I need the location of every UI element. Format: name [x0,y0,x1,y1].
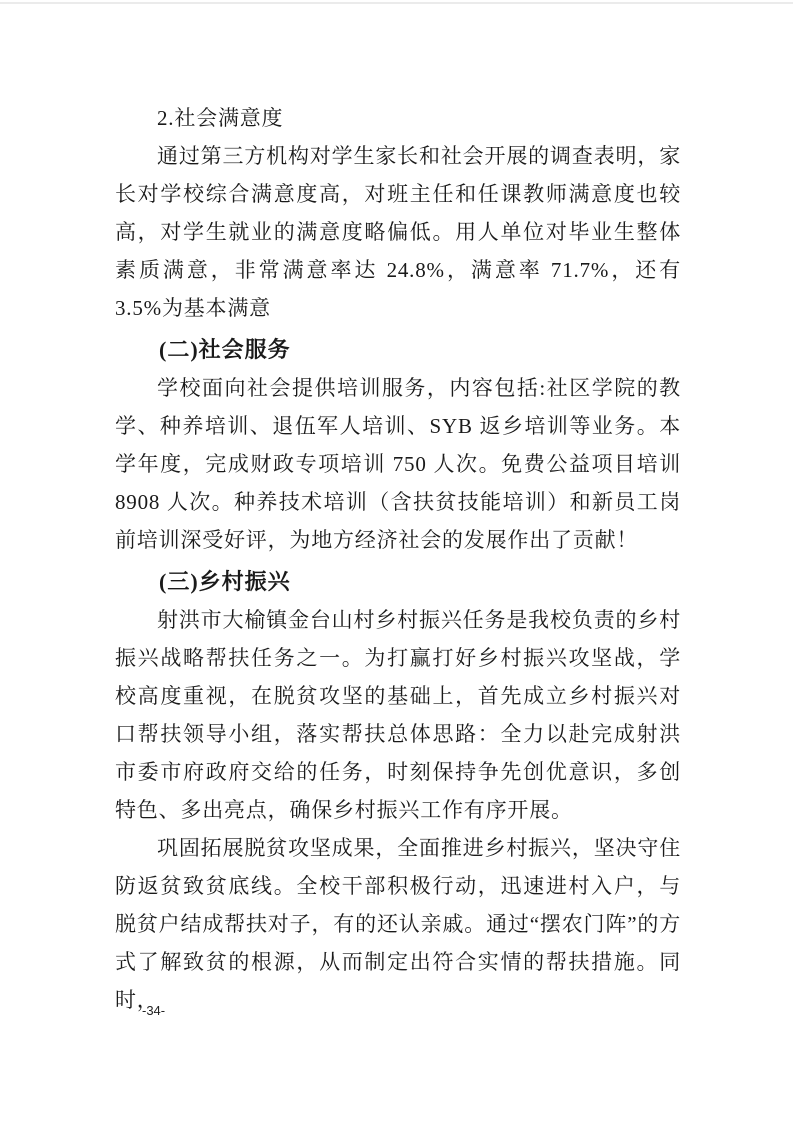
document-page: 2.社会满意度 通过第三方机构对学生家长和社会开展的调查表明，家长对学校综合满意… [0,0,793,1122]
paragraph-rural-revitalization-1: 射洪市大榆镇金台山村乡村振兴任务是我校负责的乡村振兴战略帮扶任务之一。为打赢打好… [115,601,681,829]
paragraph-rural-revitalization-2: 巩固拓展脱贫攻坚成果，全面推进乡村振兴，坚决守住防返贫致贫底线。全校干部积极行动… [115,829,681,1019]
heading-social-service: (二)社会服务 [115,331,681,369]
paragraph-social-satisfaction: 通过第三方机构对学生家长和社会开展的调查表明，家长对学校综合满意度高，对班主任和… [115,137,681,327]
subheading-social-satisfaction: 2.社会满意度 [115,99,681,137]
page-top-edge [0,2,793,4]
paragraph-social-service: 学校面向社会提供培训服务，内容包括:社区学院的教学、种养培训、退伍军人培训、SY… [115,369,681,559]
heading-rural-revitalization: (三)乡村振兴 [115,563,681,601]
page-number: -34- [142,1003,165,1018]
document-content: 2.社会满意度 通过第三方机构对学生家长和社会开展的调查表明，家长对学校综合满意… [115,99,681,1019]
